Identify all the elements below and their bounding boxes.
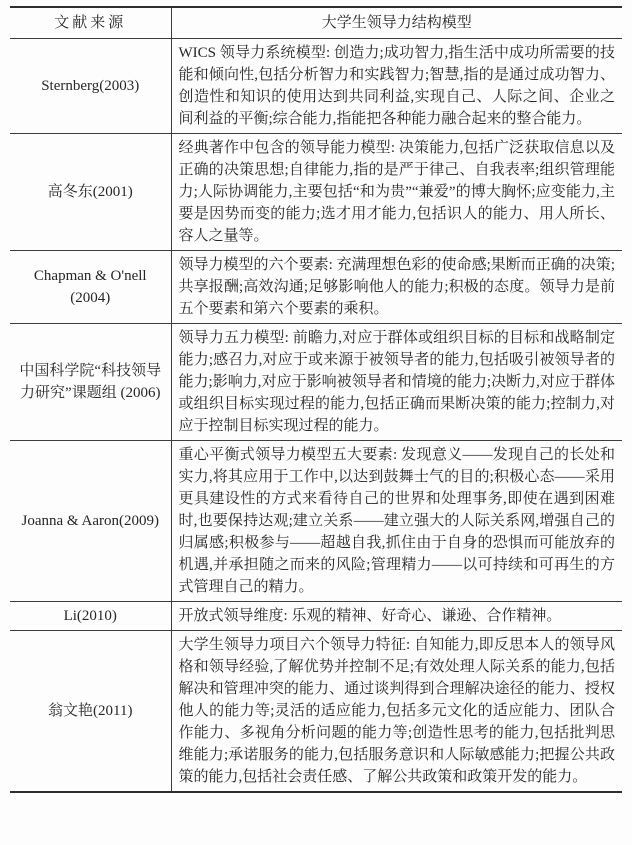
leadership-models-table: 文献来源 大学生领导力结构模型 Sternberg(2003) WICS 领导力…	[10, 6, 622, 793]
table-row: Joanna & Aaron(2009) 重心平衡式领导力模型五大要素: 发现意…	[10, 441, 622, 602]
table-row: 高冬东(2001) 经典著作中包含的领导能力模型: 决策能力,包括广泛获取信息以…	[10, 134, 622, 251]
source-cell: 高冬东(2001)	[10, 134, 171, 251]
source-cell: Li(2010)	[10, 602, 171, 631]
col-header-model: 大学生领导力结构模型	[171, 7, 622, 39]
model-cell: 开放式领导维度: 乐观的精神、好奇心、谦逊、合作精神。	[171, 602, 622, 631]
model-cell: WICS 领导力系统模型: 创造力;成功智力,指生活中成功所需要的技能和倾向性,…	[171, 39, 622, 134]
source-cell: Sternberg(2003)	[10, 39, 171, 134]
source-cell: Chapman & O'nell (2004)	[10, 251, 171, 324]
source-cell: Joanna & Aaron(2009)	[10, 441, 171, 602]
table-row: 中国科学院“科技领导力研究”课题组 (2006) 领导力五力模型: 前瞻力,对应…	[10, 324, 622, 441]
table-row: Sternberg(2003) WICS 领导力系统模型: 创造力;成功智力,指…	[10, 39, 622, 134]
source-cell: 中国科学院“科技领导力研究”课题组 (2006)	[10, 324, 171, 441]
model-cell: 领导力五力模型: 前瞻力,对应于群体或组织目标的目标和战略制定能力;感召力,对应…	[171, 324, 622, 441]
header-row: 文献来源 大学生领导力结构模型	[10, 7, 622, 39]
table-row: Chapman & O'nell (2004) 领导力模型的六个要素: 充满理想…	[10, 251, 622, 324]
model-cell: 大学生领导力项目六个领导力特征: 自知能力,即反思本人的领导风格和领导经验,了解…	[171, 631, 622, 793]
model-cell: 经典著作中包含的领导能力模型: 决策能力,包括广泛获取信息以及正确的决策思想;自…	[171, 134, 622, 251]
source-cell: 翁文艳(2011)	[10, 631, 171, 793]
page: { "table": { "headers": { "source": "文献来…	[0, 0, 632, 845]
model-cell: 重心平衡式领导力模型五大要素: 发现意义——发现自己的长处和实力,将其应用于工作…	[171, 441, 622, 602]
col-header-source: 文献来源	[10, 7, 171, 39]
model-cell: 领导力模型的六个要素: 充满理想色彩的使命感;果断而正确的决策;共享报酬;高效沟…	[171, 251, 622, 324]
table-row: 翁文艳(2011) 大学生领导力项目六个领导力特征: 自知能力,即反思本人的领导…	[10, 631, 622, 793]
document-table-region: 文献来源 大学生领导力结构模型 Sternberg(2003) WICS 领导力…	[0, 0, 632, 793]
table-row: Li(2010) 开放式领导维度: 乐观的精神、好奇心、谦逊、合作精神。	[10, 602, 622, 631]
